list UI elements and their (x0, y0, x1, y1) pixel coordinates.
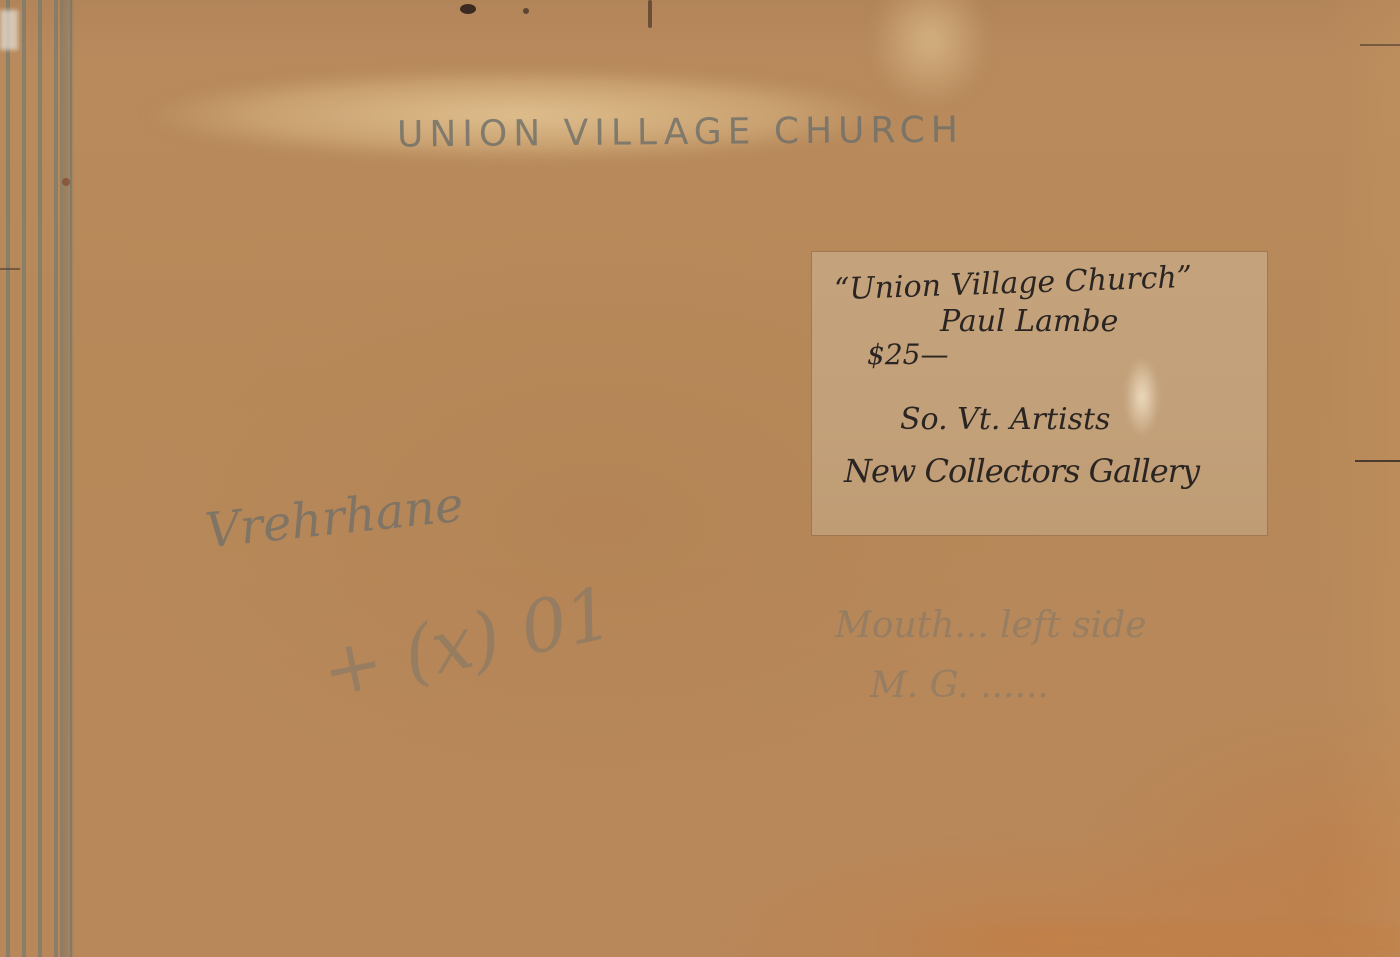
paper-tear (0, 10, 18, 50)
gallery-label: “Union Village Church” Paul Lambe $25— S… (812, 252, 1267, 535)
staple-left (0, 268, 20, 270)
label-gallery: New Collectors Gallery (844, 452, 1199, 490)
staple-top-right (1360, 44, 1400, 46)
pencil-note-line1: Mouth... left side (835, 605, 1147, 646)
pencil-name: Vrehrhane (203, 477, 466, 560)
left-edge-shading (60, 0, 74, 957)
pencil-marks: + (x) 01 (314, 570, 620, 713)
label-artist: Paul Lambe (940, 304, 1118, 339)
bottom-tape-residue (880, 925, 1400, 957)
top-shadow (0, 0, 1400, 60)
label-glare (1112, 342, 1172, 452)
staple-right (1355, 460, 1400, 462)
top-title-text: UNION VILLAGE CHURCH (397, 110, 964, 156)
pencil-note-line2: M. G. ...... (870, 665, 1049, 706)
right-edge-tint (1325, 0, 1400, 957)
artwork-backing-board: UNION VILLAGE CHURCH “Union Village Chur… (0, 0, 1400, 957)
ink-spot-small (523, 8, 529, 14)
label-title: “Union Village Church” (833, 260, 1192, 307)
scratch-mark (648, 0, 652, 28)
ink-spot (460, 4, 476, 14)
label-association: So. Vt. Artists (900, 402, 1110, 437)
rust-spot (62, 178, 70, 186)
label-price: $25— (867, 338, 948, 371)
